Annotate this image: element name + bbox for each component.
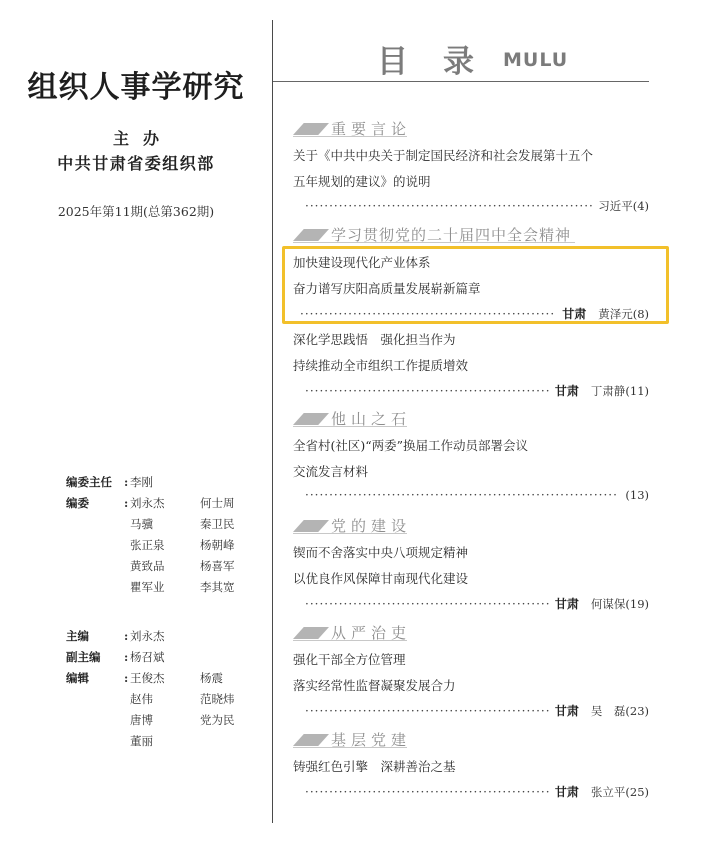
article-leader-row: ········································… <box>305 382 649 400</box>
article-title-line[interactable]: 持续推动全市组织工作提质增效 <box>293 356 468 374</box>
article-title-line[interactable]: 关于《中共中央关于制定国民经济和社会发展第十五个 <box>293 146 593 164</box>
article-title-line[interactable]: 强化干部全方位管理 <box>293 650 406 668</box>
board-name: 范晓炜 <box>200 689 262 710</box>
page-number[interactable]: (13) <box>625 488 649 502</box>
article-leader-row: ········································… <box>300 305 649 323</box>
board-row: 黄致品 杨喜军 <box>66 556 262 577</box>
toc-header-char-1: 目 <box>377 36 408 81</box>
magazine-title: 组织人事学研究 <box>0 62 272 106</box>
board-name: 杨朝峰 <box>200 535 262 556</box>
board-row: 副主编: 杨召斌 <box>66 647 262 668</box>
article-title-line[interactable]: 五年规划的建议》的说明 <box>293 172 431 190</box>
board-name: 杨召斌 <box>130 647 192 668</box>
editorial-board-committee: 编委主任: 李刚 编委: 刘永杰 何士周 马骥 秦卫民 张正泉 杨朝峰 黄致品 … <box>66 472 262 598</box>
board-row: 编委: 刘永杰 何士周 <box>66 493 262 514</box>
board-row: 马骥 秦卫民 <box>66 514 262 535</box>
article-leader-row: ········································… <box>305 595 649 613</box>
board-name: 李其宽 <box>200 577 262 598</box>
author: 吴 磊 <box>591 703 626 719</box>
section-underline <box>293 426 407 427</box>
author: 黄泽元 <box>598 306 633 322</box>
board-name: 党为民 <box>200 710 262 731</box>
author: 习近平 <box>598 198 633 214</box>
article-title-line[interactable]: 深化学思践悟 强化担当作为 <box>293 330 456 348</box>
board-name: 马骥 <box>130 514 192 535</box>
board-row: 编委主任: 李刚 <box>66 472 262 493</box>
board-row: 赵伟 范晓炜 <box>66 689 262 710</box>
province: 甘肃 <box>555 783 579 800</box>
board-name: 杨喜军 <box>200 556 262 577</box>
slash-decoration-icon <box>293 734 329 746</box>
role-label: 编辑 <box>66 668 89 689</box>
slash-decoration-icon <box>293 627 329 639</box>
section-underline <box>293 136 407 137</box>
article-leader-row: ········································… <box>305 702 649 720</box>
article-title-line[interactable]: 加快建设现代化产业体系 <box>293 253 431 271</box>
article-title-line[interactable]: 铸强红色引擎 深耕善治之基 <box>293 757 456 775</box>
dot-leader: ········································… <box>305 597 549 611</box>
board-name: 董丽 <box>130 731 192 752</box>
dot-leader: ········································… <box>305 785 549 799</box>
board-name: 赵伟 <box>130 689 192 710</box>
dot-leader: ········································… <box>305 704 549 718</box>
article-title-line[interactable]: 以优良作风保障甘南现代化建设 <box>293 569 468 587</box>
section-underline <box>293 533 407 534</box>
column-divider <box>272 20 273 823</box>
slash-decoration-icon <box>293 123 329 135</box>
board-role: 编委主任 <box>66 472 124 493</box>
article-title-line[interactable]: 落实经常性监督凝聚发展合力 <box>293 676 456 694</box>
author: 何谋保 <box>591 596 626 612</box>
province: 甘肃 <box>555 382 579 399</box>
page-number[interactable]: (4) <box>633 199 649 213</box>
province: 甘肃 <box>555 595 579 612</box>
role-label: 副主编 <box>66 647 101 668</box>
board-row: 张正泉 杨朝峰 <box>66 535 262 556</box>
article-title-line[interactable]: 奋力谱写庆阳高质量发展崭新篇章 <box>293 279 481 297</box>
issue-number: 2025年第11期(总第362期) <box>0 202 272 220</box>
board-name: 刘永杰 <box>130 493 192 514</box>
board-name: 唐博 <box>130 710 192 731</box>
board-name: 杨震 <box>200 668 262 689</box>
dot-leader: ········································… <box>305 488 619 502</box>
page-number[interactable]: (19) <box>625 597 649 611</box>
dot-leader: ········································… <box>300 307 556 321</box>
sponsor-organization: 中共甘肃省委组织部 <box>0 151 272 174</box>
section-underline <box>293 242 575 243</box>
article-title-line[interactable]: 锲而不舍落实中央八项规定精神 <box>293 543 468 561</box>
board-name: 王俊杰 <box>130 668 192 689</box>
board-role: 编辑 <box>66 668 124 689</box>
province: 甘肃 <box>555 702 579 719</box>
board-name: 瞿军业 <box>130 577 192 598</box>
board-name: 张正泉 <box>130 535 192 556</box>
article-leader-row: ········································… <box>305 198 649 216</box>
board-name: 李刚 <box>130 472 192 493</box>
role-label: 编委 <box>66 493 89 514</box>
header-rule <box>273 81 649 82</box>
author: 张立平 <box>591 784 626 800</box>
board-name: 刘永杰 <box>130 626 192 647</box>
page-number[interactable]: (11) <box>625 384 649 398</box>
slash-decoration-icon <box>293 229 329 241</box>
slash-decoration-icon <box>293 520 329 532</box>
article-title-line[interactable]: 交流发言材料 <box>293 462 368 480</box>
board-name: 黄致品 <box>130 556 192 577</box>
masthead-column: 组织人事学研究 主办 中共甘肃省委组织部 2025年第11期(总第362期) 编… <box>0 0 272 863</box>
board-row: 编辑: 王俊杰 杨震 <box>66 668 262 689</box>
toc-header-english: MULU <box>503 49 568 71</box>
page-number[interactable]: (25) <box>625 785 649 799</box>
section-underline <box>293 747 407 748</box>
dot-leader: ········································… <box>305 199 592 213</box>
section-underline <box>293 640 407 641</box>
article-leader-row: ········································… <box>305 488 649 506</box>
name: 李刚 <box>130 472 153 493</box>
author: 丁肃静 <box>591 383 626 399</box>
slash-decoration-icon <box>293 413 329 425</box>
editorial-board-editors: 主编: 刘永杰 副主编: 杨召斌 编辑: 王俊杰 杨震 赵伟 范晓炜 唐博 党为… <box>66 626 262 752</box>
toc-header-char-2: 录 <box>443 36 474 81</box>
board-role: 副主编 <box>66 647 124 668</box>
article-title-line[interactable]: 全省村(社区)“两委”换届工作动员部署会议 <box>293 436 528 454</box>
board-row: 瞿军业 李其宽 <box>66 577 262 598</box>
page-number[interactable]: (23) <box>625 704 649 718</box>
sponsor-label: 主办 <box>0 126 272 149</box>
role-label: 主编 <box>66 626 89 647</box>
board-name: 秦卫民 <box>200 514 262 535</box>
role-label: 编委主任 <box>66 472 112 493</box>
article-leader-row: ········································… <box>305 783 649 801</box>
toc-header: 目 录 MULU <box>273 36 649 82</box>
board-row: 董丽 <box>66 731 262 752</box>
board-row: 主编: 刘永杰 <box>66 626 262 647</box>
board-role: 主编 <box>66 626 124 647</box>
dot-leader: ········································… <box>305 384 549 398</box>
board-role: 编委 <box>66 493 124 514</box>
province: 甘肃 <box>562 305 586 322</box>
board-row: 唐博 党为民 <box>66 710 262 731</box>
page-number[interactable]: (8) <box>633 307 649 321</box>
board-name: 何士周 <box>200 493 262 514</box>
